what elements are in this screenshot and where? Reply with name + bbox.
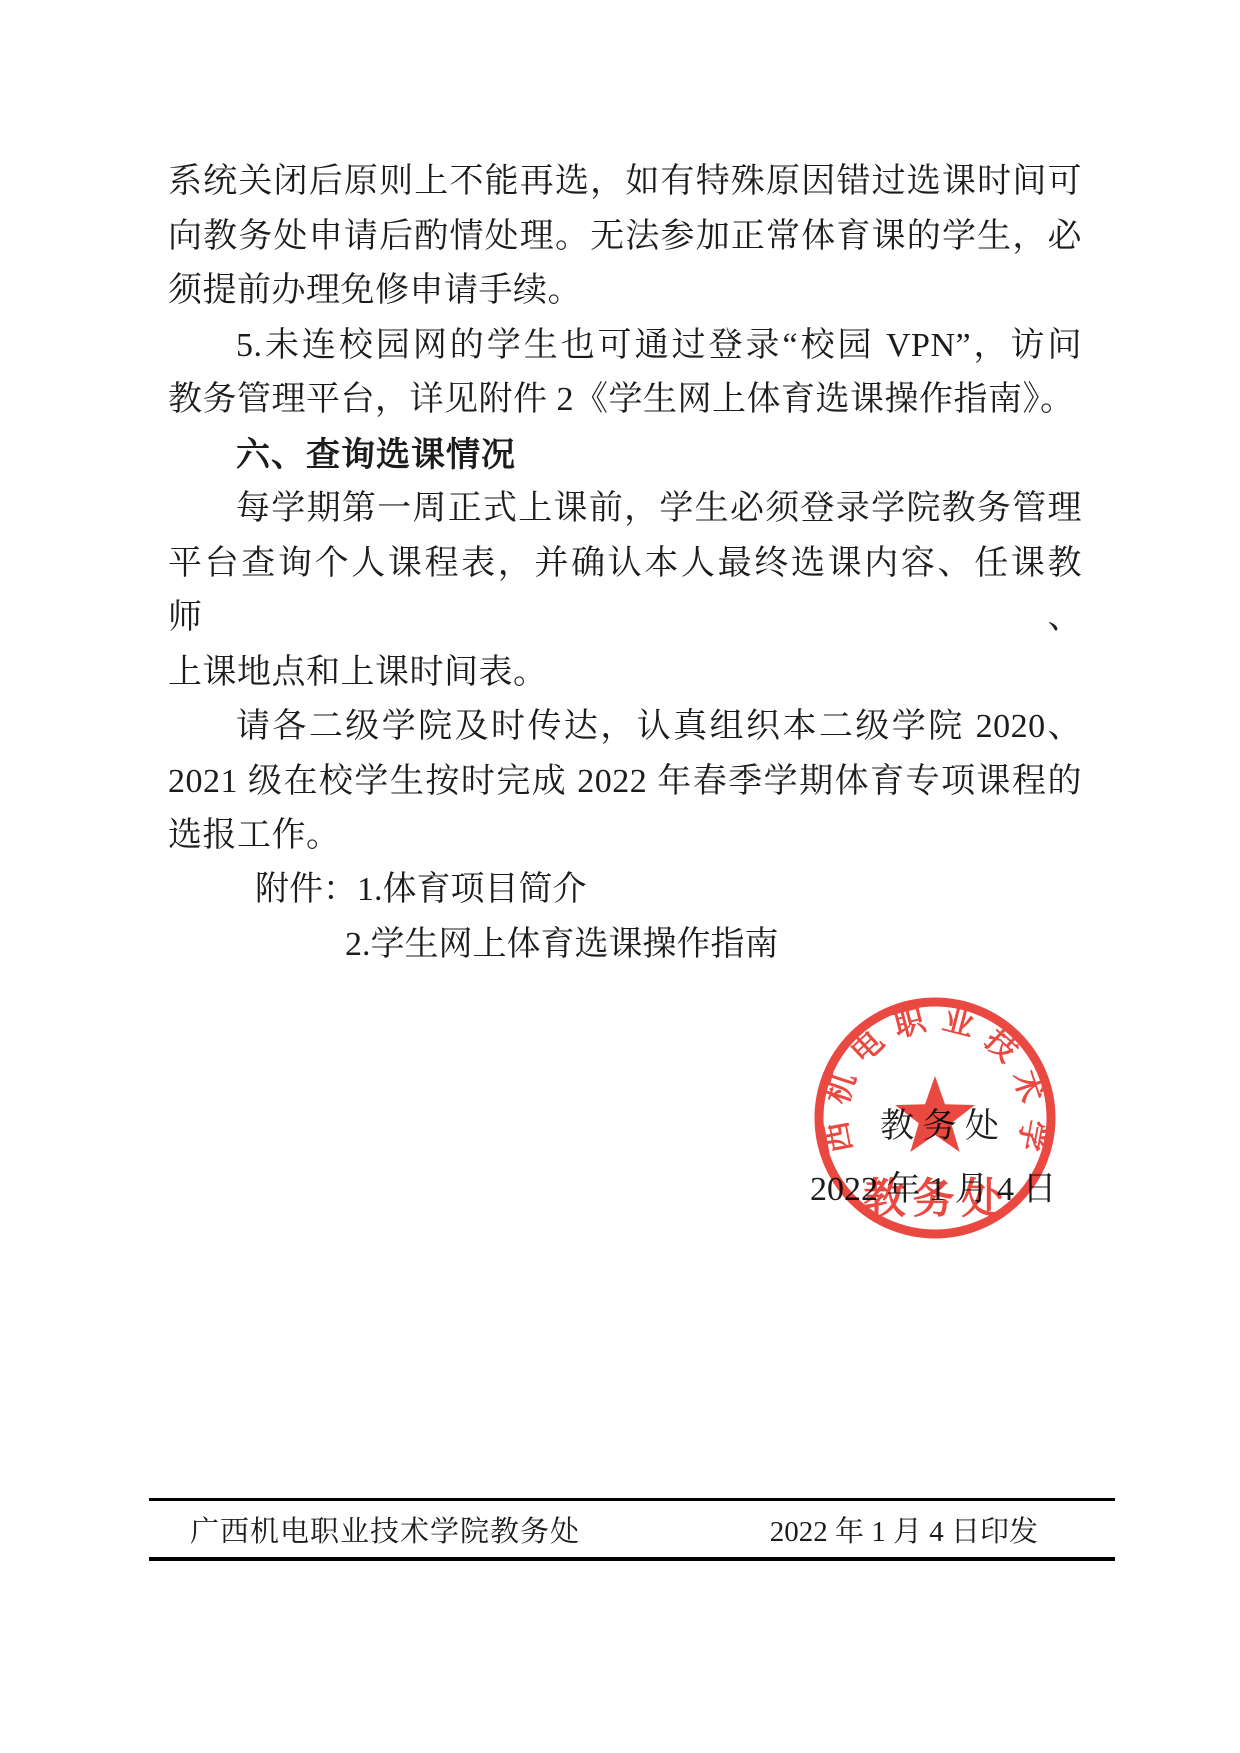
body-line: 上课地点和上课时间表。 [168,646,1082,701]
footer-colophon: 广西机电职业技术学院教务处 2022 年 1 月 4 日印发 [149,1498,1115,1561]
body-line: 教务管理平台，详见附件 2《学生网上体育选课操作指南》。 [168,373,1082,428]
attachment-item-2: 2.学生网上体育选课操作指南 [345,918,779,973]
footer-issuer: 广西机电职业技术学院教务处 [190,1509,580,1550]
body-text-block: 系统关闭后原则上不能再选，如有特殊原因错过选课时间可 向教务处申请后酌情处理。无… [168,155,1082,864]
attachments-row-1: 附件：1.体育项目简介 [255,863,587,918]
body-line: 须提前办理免修申请手续。 [168,264,1082,319]
seal-star-icon [895,1076,975,1152]
body-line: 平台查询个人课程表，并确认本人最终选课内容、任课教师、 [168,537,1082,646]
body-line: 2021 级在校学生按时完成 2022 年春季学期体育专项课程的 [168,755,1082,810]
section-heading-6: 六、查询选课情况 [168,428,1082,483]
official-seal: 广西机电职业技术学院 教务处 [800,983,1070,1253]
seal-bottom-text: 教务处 [863,1176,1010,1223]
attachment-item-1: 1.体育项目简介 [357,871,587,908]
body-line: 选报工作。 [168,809,1082,864]
body-line: 每学期第一周正式上课前，学生必须登录学院教务管理 [168,482,1082,537]
footer-print-date: 2022 年 1 月 4 日印发 [770,1509,1038,1550]
attachments-label: 附件： [255,871,357,908]
body-line: 请各二级学院及时传达，认真组织本二级学院 2020、 [168,700,1082,755]
body-line-list-item-5: 5.未连校园网的学生也可通过登录“校园 VPN”，访问 [168,319,1082,374]
body-line: 系统关闭后原则上不能再选，如有特殊原因错过选课时间可 [168,155,1082,210]
body-line: 向教务处申请后酌情处理。无法参加正常体育课的学生，必 [168,210,1082,265]
document-page: 系统关闭后原则上不能再选，如有特殊原因错过选课时间可 向教务处申请后酌情处理。无… [0,0,1240,1753]
